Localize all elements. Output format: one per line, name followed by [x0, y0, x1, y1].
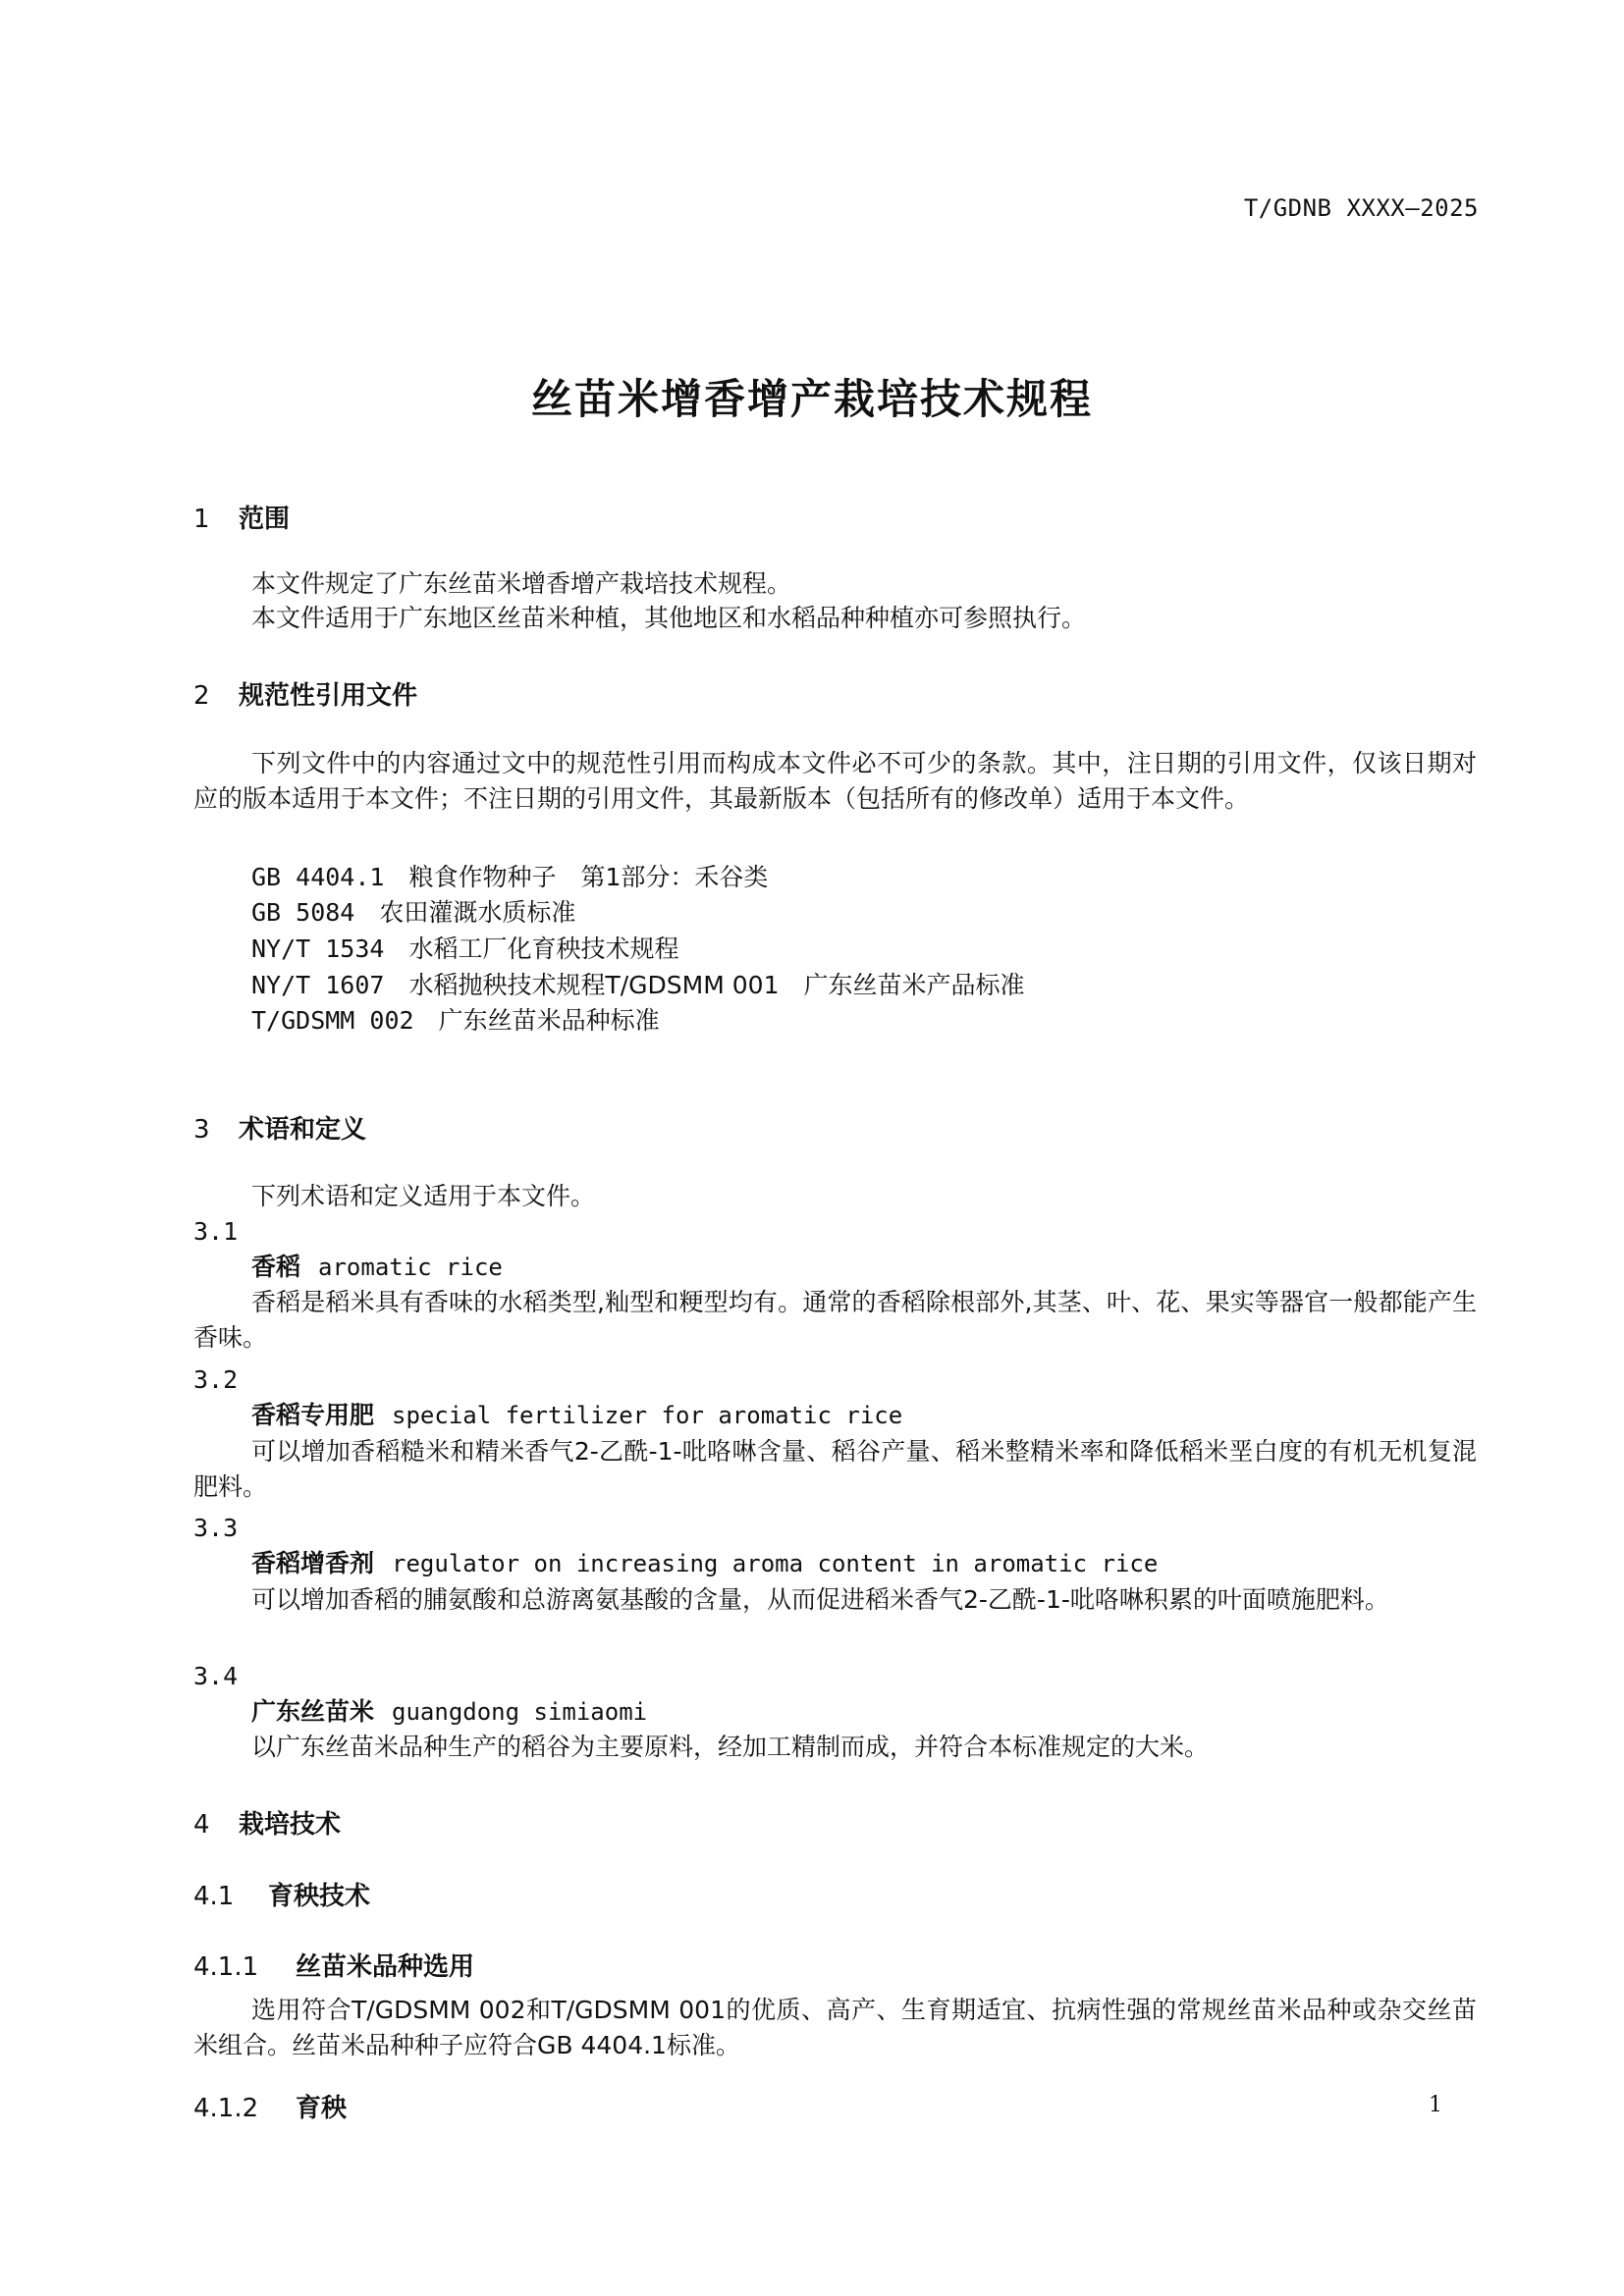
section-number: 2	[193, 681, 239, 711]
section-number: 3	[193, 1115, 239, 1145]
normative-references-intro: 下列文件中的内容通过文中的规范性引用而构成本文件必不可少的条款。其中，注日期的引…	[193, 746, 1477, 817]
section-number: 4.1.1	[193, 1952, 296, 1982]
reference-code: NY/T 1607	[251, 971, 384, 999]
reference-code: GB 4404.1	[251, 863, 384, 891]
reference-item: GB 5084 农田灌溉水质标准	[251, 896, 575, 930]
reference-code: GB 5084	[251, 898, 354, 927]
term-number: 3.4	[193, 1660, 238, 1693]
term-definition: 可以增加香稻的脯氨酸和总游离氨基酸的含量，从而促进稻米香气2-乙酰-1-吡咯啉积…	[193, 1582, 1477, 1618]
section-title: 育秧技术	[268, 1882, 370, 1911]
scope-line-2: 本文件适用于广东地区丝苗米种植，其他地区和水稻品种种植亦可参照执行。	[251, 602, 1086, 635]
section-2-heading: 2规范性引用文件	[193, 675, 417, 712]
term-number: 3.2	[193, 1363, 238, 1397]
reference-title: 广东丝苗米品种标准	[439, 1006, 660, 1035]
term-heading: 香稻增香剂regulator on increasing aroma conte…	[251, 1547, 1158, 1580]
term-zh: 香稻专用肥	[251, 1401, 374, 1429]
section-4-1-heading: 4.1育秧技术	[193, 1876, 370, 1912]
reference-code: T/GDSMM 002	[251, 1006, 414, 1035]
section-title: 丝苗米品种选用	[296, 1952, 474, 1982]
section-1-heading: 1范围	[193, 499, 290, 535]
section-3-heading: 3术语和定义	[193, 1109, 366, 1146]
page-number: 1	[1429, 2093, 1442, 2117]
term-definition: 香稻是稻米具有香味的水稻类型,籼型和粳型均有。通常的香稻除根部外,其茎、叶、花、…	[193, 1285, 1477, 1356]
section-number: 4	[193, 1810, 239, 1840]
standard-code: T/GDNB XXXX—2025	[1244, 194, 1479, 222]
term-number: 3.3	[193, 1512, 238, 1545]
section-title: 术语和定义	[239, 1115, 366, 1145]
reference-item: T/GDSMM 002 广东丝苗米品种标准	[251, 1004, 660, 1038]
reference-code: NY/T 1534	[251, 934, 384, 963]
reference-title: 水稻工厂化育秧技术规程	[408, 934, 678, 963]
term-number: 3.1	[193, 1215, 238, 1249]
term-heading: 香稻aromatic rice	[251, 1251, 503, 1284]
section-4-1-2-heading: 4.1.2育秧	[193, 2088, 347, 2124]
term-heading: 广东丝苗米guangdong simiaomi	[251, 1695, 647, 1729]
term-zh: 广东丝苗米	[251, 1697, 374, 1726]
section-number: 4.1	[193, 1882, 268, 1911]
term-en: aromatic rice	[318, 1254, 503, 1281]
terms-intro: 下列术语和定义适用于本文件。	[251, 1180, 595, 1213]
section-number: 4.1.2	[193, 2094, 296, 2123]
section-number: 1	[193, 505, 239, 534]
section-title: 范围	[239, 505, 290, 534]
reference-item: GB 4404.1 粮食作物种子 第1部分：禾谷类	[251, 861, 768, 894]
reference-title: 水稻抛秧技术规程T/GDSMM 001 广东丝苗米产品标准	[408, 971, 1024, 999]
term-en: guangdong simiaomi	[392, 1698, 647, 1726]
section-title: 规范性引用文件	[239, 681, 417, 711]
reference-item: NY/T 1534 水稻工厂化育秧技术规程	[251, 933, 679, 966]
reference-title: 粮食作物种子 第1部分：禾谷类	[408, 863, 768, 891]
reference-item: NY/T 1607 水稻抛秧技术规程T/GDSMM 001 广东丝苗米产品标准	[251, 969, 1024, 1002]
document-title: 丝苗米增香增产栽培技术规程	[0, 367, 1624, 426]
section-title: 育秧	[296, 2094, 347, 2123]
section-4-1-1-heading: 4.1.1丝苗米品种选用	[193, 1947, 474, 1983]
section-title: 栽培技术	[239, 1810, 341, 1840]
term-definition: 以广东丝苗米品种生产的稻谷为主要原料，经加工精制而成，并符合本标准规定的大米。	[251, 1731, 1209, 1764]
variety-selection-text: 选用符合T/GDSMM 002和T/GDSMM 001的优质、高产、生育期适宜、…	[193, 1993, 1477, 2063]
term-zh: 香稻	[251, 1253, 300, 1281]
term-en: regulator on increasing aroma content in…	[392, 1550, 1158, 1577]
term-heading: 香稻专用肥special fertilizer for aromatic ric…	[251, 1399, 902, 1432]
section-4-heading: 4栽培技术	[193, 1804, 341, 1841]
reference-title: 农田灌溉水质标准	[379, 898, 575, 927]
scope-line-1: 本文件规定了广东丝苗米增香增产栽培技术规程。	[251, 567, 791, 601]
term-definition: 可以增加香稻糙米和精米香气2-乙酰-1-吡咯啉含量、稻谷产量、稻米整精米率和降低…	[193, 1434, 1477, 1505]
term-en: special fertilizer for aromatic rice	[392, 1402, 902, 1429]
term-zh: 香稻增香剂	[251, 1549, 374, 1577]
